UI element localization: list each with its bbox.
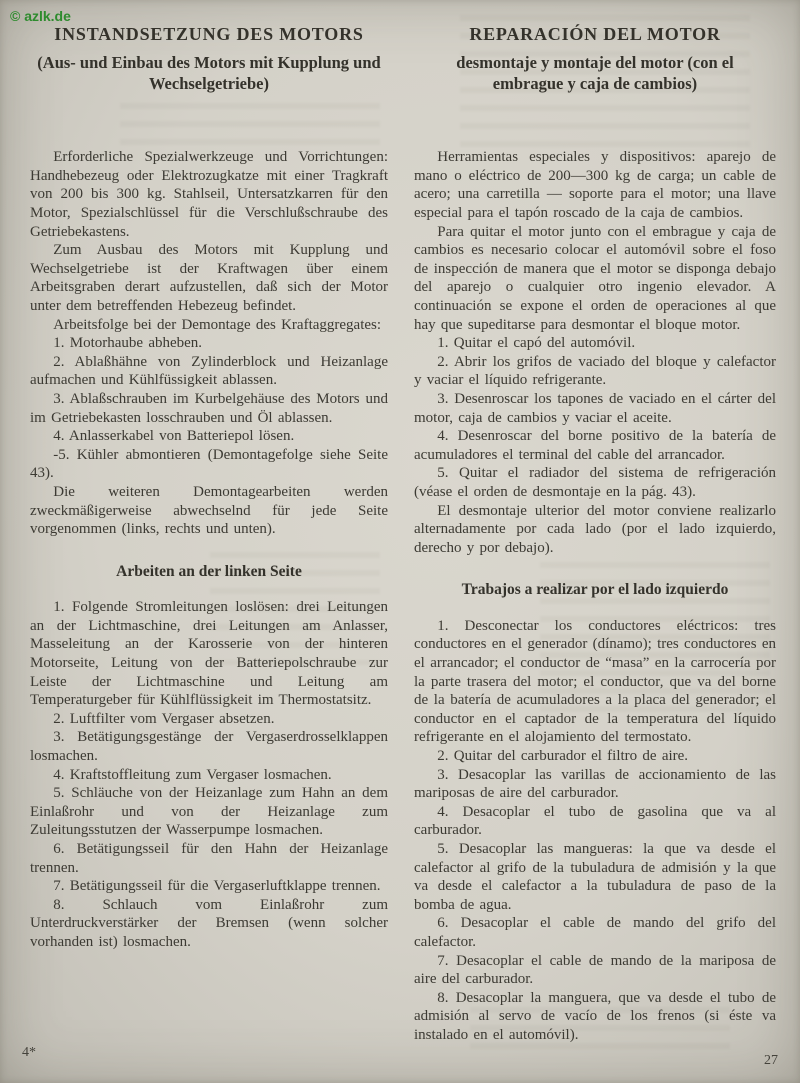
list-item: 8. Desacoplar la manguera, que va desde … — [414, 989, 776, 1045]
two-column-layout: INSTANDSETZUNG DES MOTORS (Aus- und Einb… — [0, 0, 800, 1045]
spanish-body-text: Herramientas especiales y dispositivos: … — [414, 148, 776, 1044]
list-item: 2. Ablaßhähne von Zylinderblock und Heiz… — [30, 353, 388, 390]
paragraph: Para quitar el motor junto con el embrag… — [414, 223, 776, 335]
list-item: 8. Schlauch vom Einlaßrohr zum Unterdruc… — [30, 896, 388, 952]
list-item: 3. Ablaßschrauben im Kurbelgehäuse des M… — [30, 390, 388, 427]
list-item: 7. Desacoplar el cable de mando de la ma… — [414, 952, 776, 989]
list-item: 5. Schläuche von der Heizanlage zum Hahn… — [30, 784, 388, 840]
paragraph: El desmontaje ulterior del motor convien… — [414, 502, 776, 558]
list-item: 1. Quitar el capó del automóvil. — [414, 334, 776, 353]
list-item: 4. Kraftstoffleitung zum Vergaser losmac… — [30, 766, 388, 785]
list-item: -5. Kühler abmontieren (Demontagefolge s… — [30, 446, 388, 483]
list-item: 3. Betätigungsgestänge der Vergaserdross… — [30, 728, 388, 765]
paragraph: Erforderliche Spezialwerkzeuge und Vorri… — [30, 148, 388, 241]
list-item: 4. Desacoplar el tubo de gasolina que va… — [414, 803, 776, 840]
list-item: 5. Desacoplar las mangueras: la que va d… — [414, 840, 776, 914]
list-item: 4. Desenroscar del borne positivo de la … — [414, 427, 776, 464]
list-item: 2. Luftfilter vom Vergaser absetzen. — [30, 710, 388, 729]
paragraph: Herramientas especiales y dispositivos: … — [414, 148, 776, 222]
list-item: 3. Desacoplar las varillas de accionamie… — [414, 766, 776, 803]
list-item: 4. Anlasserkabel von Batteriepol lösen. — [30, 427, 388, 446]
section-heading: Trabajos a realizar por el lado izquierd… — [414, 581, 776, 600]
german-title: INSTANDSETZUNG DES MOTORS — [30, 24, 388, 45]
spanish-subtitle: desmontaje y montaje del motor (con el e… — [420, 52, 770, 94]
section-heading: Arbeiten an der linken Seite — [30, 563, 388, 582]
list-item: 7. Betätigungsseil für die Vergaserluftk… — [30, 877, 388, 896]
list-item: 6. Betätigungsseil für den Hahn der Heiz… — [30, 840, 388, 877]
list-item: 3. Desenroscar los tapones de vaciado en… — [414, 390, 776, 427]
page-number: 27 — [764, 1053, 778, 1069]
signature-mark: 4* — [22, 1045, 36, 1061]
paragraph: Die weiteren Demontagearbeiten werden zw… — [30, 483, 388, 539]
spanish-header: REPARACIÓN DEL MOTOR desmontaje y montaj… — [414, 24, 776, 94]
spanish-column: REPARACIÓN DEL MOTOR desmontaje y montaj… — [414, 24, 776, 1045]
list-item: 6. Desacoplar el cable de mando del grif… — [414, 914, 776, 951]
german-header: INSTANDSETZUNG DES MOTORS (Aus- und Einb… — [30, 24, 388, 94]
paragraph: Arbeitsfolge bei der Demontage des Kraft… — [30, 316, 388, 335]
scanned-manual-page: © azlk.de INSTANDSETZUNG DES MOTORS (Aus… — [0, 0, 800, 1083]
list-item: 2. Abrir los grifos de vaciado del bloqu… — [414, 353, 776, 390]
watermark-azlk: © azlk.de — [10, 8, 71, 24]
list-item: 1. Folgende Stromleitungen loslösen: dre… — [30, 598, 388, 710]
german-column: INSTANDSETZUNG DES MOTORS (Aus- und Einb… — [30, 24, 388, 1045]
list-item: 1. Motorhaube abheben. — [30, 334, 388, 353]
paragraph: Zum Ausbau des Motors mit Kupplung und W… — [30, 241, 388, 315]
list-item: 5. Quitar el radiador del sistema de ref… — [414, 464, 776, 501]
list-item: 2. Quitar del carburador el filtro de ai… — [414, 747, 776, 766]
german-body-text: Erforderliche Spezialwerkzeuge und Vorri… — [30, 148, 388, 951]
list-item: 1. Desconectar los conductores eléctrico… — [414, 617, 776, 747]
german-subtitle: (Aus- und Einbau des Motors mit Kupplung… — [34, 52, 384, 94]
spanish-title: REPARACIÓN DEL MOTOR — [414, 24, 776, 45]
